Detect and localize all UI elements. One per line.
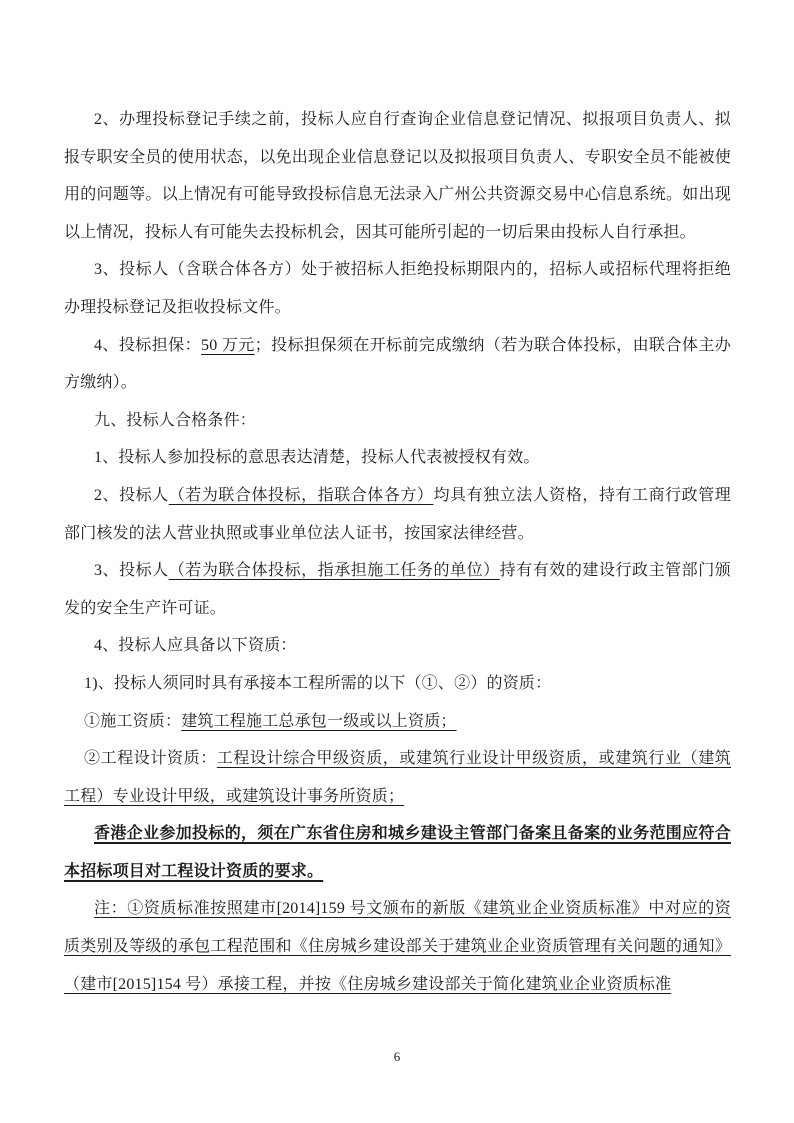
section-9-heading: 九、投标人合格条件：	[64, 402, 731, 440]
text-segment: 4、投标担保：	[94, 337, 201, 354]
page-footer: 6	[0, 1049, 794, 1065]
text-segment: ①施工资质：	[84, 713, 181, 730]
item-2-registration-notice: 2、办理投标登记手续之前，投标人应自行查询企业信息登记情况、拟报项目负责人、拟报…	[64, 101, 731, 251]
text-segment: （若为联合体投标，指承担施工任务的单位）	[169, 562, 500, 579]
qualification-3: 3、投标人（若为联合体投标，指承担施工任务的单位）持有有效的建设行政主管部门颁发…	[64, 552, 731, 627]
text-segment: 建筑工程施工总承包一级或以上资质；	[181, 713, 456, 730]
text-segment: ②工程设计资质：	[84, 750, 217, 767]
construction-qualification: ①施工资质：建筑工程施工总承包一级或以上资质；	[64, 703, 731, 741]
qualification-4: 4、投标人应具备以下资质：	[64, 627, 731, 665]
text-segment: 4、投标人应具备以下资质：	[94, 637, 297, 654]
document-body: 2、办理投标登记手续之前，投标人应自行查询企业信息登记情况、拟报项目负责人、拟报…	[64, 101, 731, 1003]
text-segment: 3、投标人	[94, 562, 169, 579]
document-page: 2、办理投标登记手续之前，投标人应自行查询企业信息登记情况、拟报项目负责人、拟报…	[0, 0, 794, 1123]
text-segment: 50 万元	[201, 337, 255, 354]
text-segment: （若为联合体投标，指联合体各方）	[169, 487, 434, 504]
text-segment: 香港企业参加投标的，须在广东省住房和城乡建设主管部门备案且备案的业务范围应符合本…	[64, 825, 731, 880]
hongkong-enterprise-clause: 香港企业参加投标的，须在广东省住房和城乡建设主管部门备案且备案的业务范围应符合本…	[64, 815, 731, 890]
qualification-1: 1、投标人参加投标的意思表达清楚，投标人代表被授权有效。	[64, 439, 731, 477]
design-qualification: ②工程设计资质：工程设计综合甲级资质，或建筑行业设计甲级资质，或建筑行业（建筑工…	[64, 740, 731, 815]
text-segment: 九、投标人合格条件：	[94, 412, 256, 429]
text-segment: 1、投标人参加投标的意思表达清楚，投标人代表被授权有效。	[94, 449, 540, 466]
page-number: 6	[394, 1049, 401, 1064]
text-segment: 2、办理投标登记手续之前，投标人应自行查询企业信息登记情况、拟报项目负责人、拟报…	[64, 111, 731, 241]
text-segment: 2、投标人	[94, 487, 169, 504]
text-segment: 3、投标人（含联合体各方）处于被招标人拒绝投标期限内的，招标人或招标代理将拒绝办…	[64, 261, 731, 316]
qualification-4-1: 1)、投标人须同时具有承接本工程所需的以下（①、②）的资质：	[64, 665, 731, 703]
qualification-2: 2、投标人（若为联合体投标，指联合体各方）均具有独立法人资格，持有工商行政管理部…	[64, 477, 731, 552]
item-3-rejection-period: 3、投标人（含联合体各方）处于被招标人拒绝投标期限内的，招标人或招标代理将拒绝办…	[64, 251, 731, 326]
text-segment: 注：①资质标准按照建市[2014]159 号文颁布的新版《建筑业企业资质标准》中…	[64, 900, 731, 992]
text-segment: 1)、投标人须同时具有承接本工程所需的以下（①、②）的资质：	[84, 675, 551, 692]
note-1-qualification-standards: 注：①资质标准按照建市[2014]159 号文颁布的新版《建筑业企业资质标准》中…	[64, 890, 731, 1003]
item-4-bid-guarantee: 4、投标担保：50 万元；投标担保须在开标前完成缴纳（若为联合体投标，由联合体主…	[64, 327, 731, 402]
